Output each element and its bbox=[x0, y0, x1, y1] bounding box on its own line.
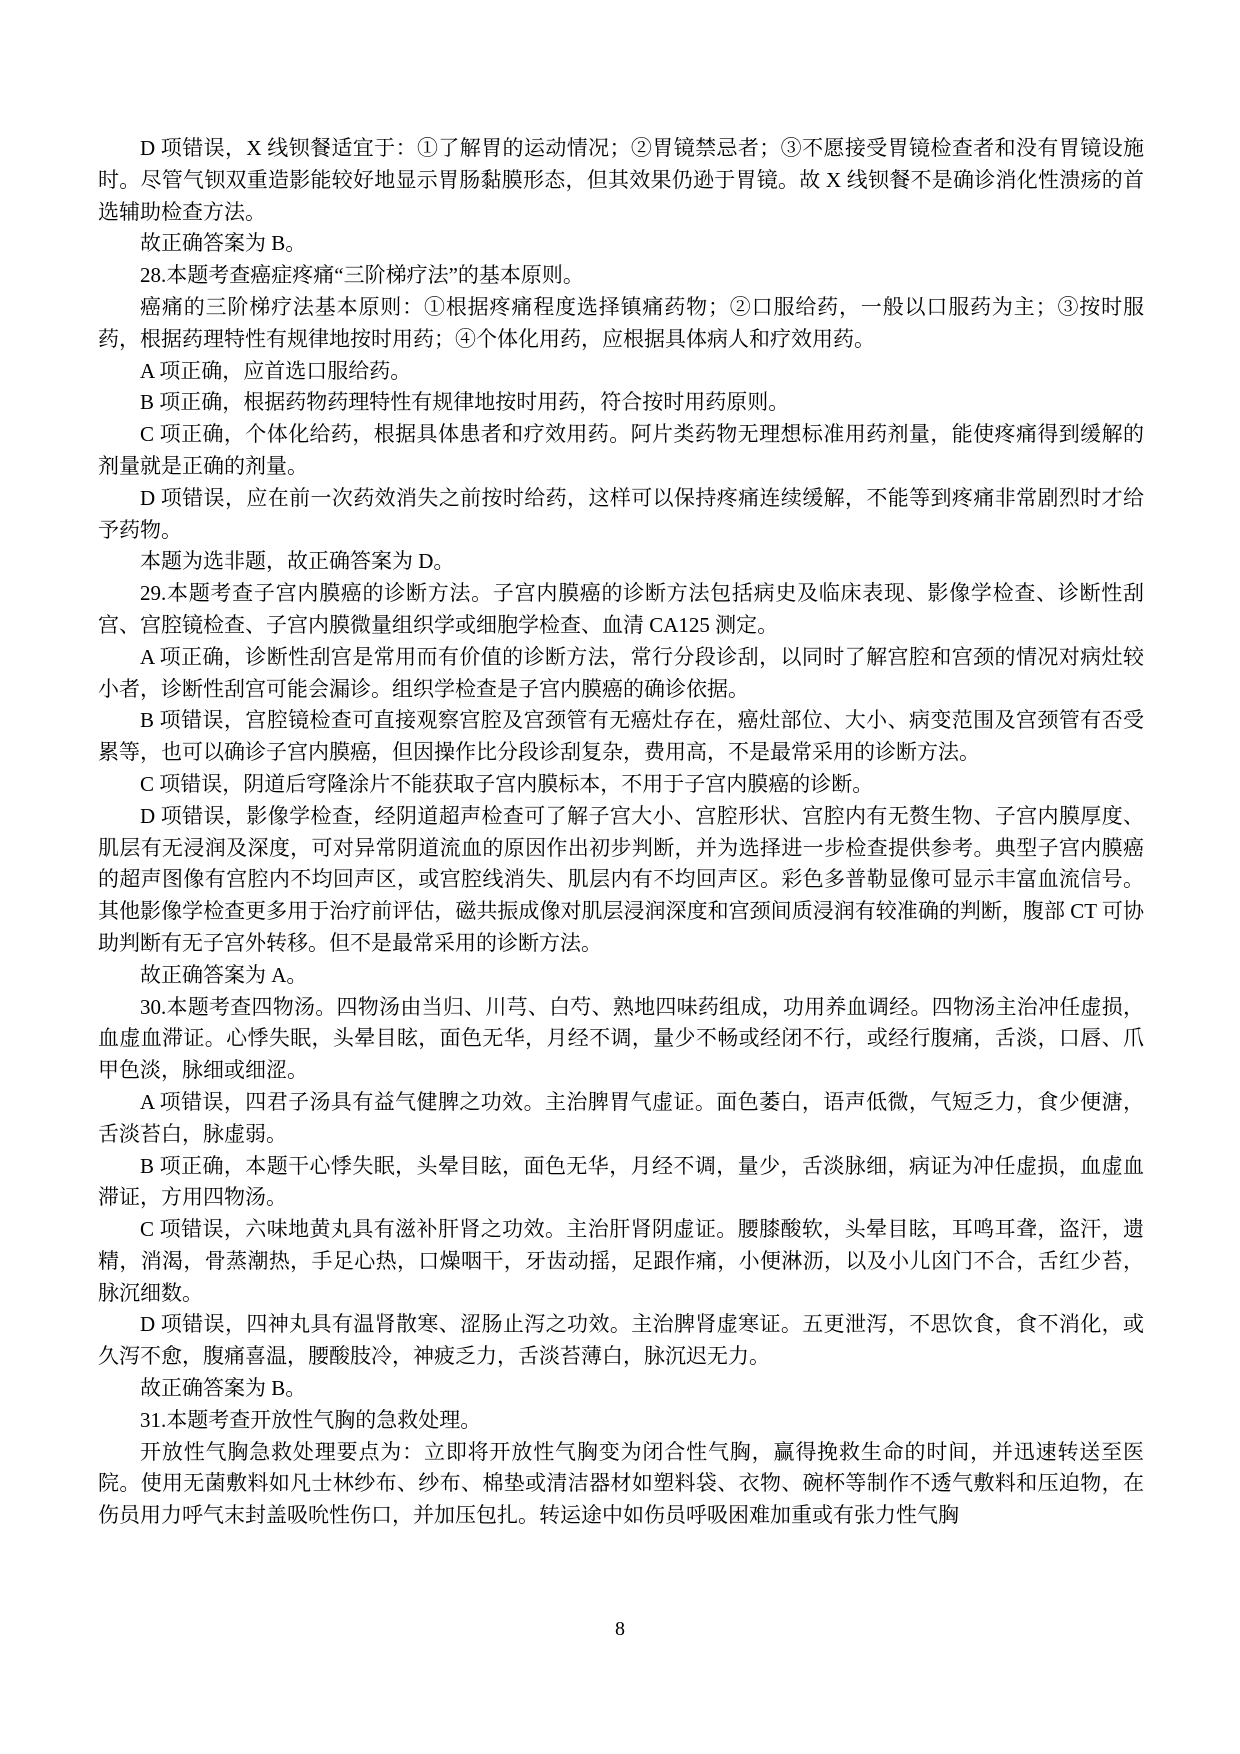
document-page: D 项错误，X 线钡餐适宜于：①了解胃的运动情况；②胃镜禁忌者；③不愿接受胃镜检… bbox=[0, 0, 1240, 1754]
paragraph-q28-principles: 癌痛的三阶梯疗法基本原则：①根据疼痛程度选择镇痛药物；②口服给药，一般以口服药为… bbox=[98, 292, 1144, 356]
paragraph-q30-option-b: B 项正确，本题干心悸失眠，头晕目眩，面色无华，月经不调，量少，舌淡脉细，病证为… bbox=[98, 1151, 1144, 1215]
paragraph-q29-option-a: A 项正确，诊断性刮宫是常用而有价值的诊断方法，常行分段诊刮，以同时了解宫腔和宫… bbox=[98, 642, 1144, 706]
paragraph-q30-title: 30.本题考查四物汤。四物汤由当归、川芎、白芍、熟地四味药组成，功用养血调经。四… bbox=[98, 992, 1144, 1087]
paragraph-q30-option-c: C 项错误，六味地黄丸具有滋补肝肾之功效。主治肝肾阴虚证。腰膝酸软，头晕目眩，耳… bbox=[98, 1214, 1144, 1309]
paragraph-q29-conclusion: 故正确答案为 A。 bbox=[98, 960, 1144, 992]
paragraph-q28-title: 28.本题考查癌症疼痛“三阶梯疗法”的基本原则。 bbox=[98, 260, 1144, 292]
paragraph-q30-conclusion: 故正确答案为 B。 bbox=[98, 1373, 1144, 1405]
paragraph-answer-d-explanation: D 项错误，X 线钡餐适宜于：①了解胃的运动情况；②胃镜禁忌者；③不愿接受胃镜检… bbox=[98, 133, 1144, 228]
paragraph-q28-option-a: A 项正确，应首选口服给药。 bbox=[98, 356, 1144, 388]
paragraph-q28-option-b: B 项正确，根据药物药理特性有规律地按时用药，符合按时用药原则。 bbox=[98, 387, 1144, 419]
paragraph-q28-conclusion: 本题为选非题，故正确答案为 D。 bbox=[98, 546, 1144, 578]
paragraph-q29-option-d: D 项错误，影像学检查，经阴道超声检查可了解子宫大小、宫腔形状、宫腔内有无赘生物… bbox=[98, 801, 1144, 960]
document-body: D 项错误，X 线钡餐适宜于：①了解胃的运动情况；②胃镜禁忌者；③不愿接受胃镜检… bbox=[98, 133, 1144, 1532]
paragraph-q31-explanation: 开放性气胸急救处理要点为：立即将开放性气胸变为闭合性气胸，赢得挽救生命的时间，并… bbox=[98, 1437, 1144, 1532]
paragraph-q30-option-a: A 项错误，四君子汤具有益气健脾之功效。主治脾胃气虚证。面色萎白，语声低微，气短… bbox=[98, 1087, 1144, 1151]
paragraph-q31-title: 31.本题考查开放性气胸的急救处理。 bbox=[98, 1405, 1144, 1437]
paragraph-q29-option-c: C 项错误，阴道后穹隆涂片不能获取子宫内膜标本，不用于子宫内膜癌的诊断。 bbox=[98, 769, 1144, 801]
paragraph-q29-title: 29.本题考查子宫内膜癌的诊断方法。子宫内膜癌的诊断方法包括病史及临床表现、影像… bbox=[98, 578, 1144, 642]
page-number: 8 bbox=[0, 1618, 1240, 1641]
paragraph-q28-option-d: D 项错误，应在前一次药效消失之前按时给药，这样可以保持疼痛连续缓解，不能等到疼… bbox=[98, 483, 1144, 547]
paragraph-q29-option-b: B 项错误，宫腔镜检查可直接观察宫腔及宫颈管有无癌灶存在，癌灶部位、大小、病变范… bbox=[98, 705, 1144, 769]
paragraph-answer-27-conclusion: 故正确答案为 B。 bbox=[98, 228, 1144, 260]
paragraph-q30-option-d: D 项错误，四神丸具有温肾散寒、涩肠止泻之功效。主治脾肾虚寒证。五更泄泻，不思饮… bbox=[98, 1309, 1144, 1373]
paragraph-q28-option-c: C 项正确，个体化给药，根据具体患者和疗效用药。阿片类药物无理想标准用药剂量，能… bbox=[98, 419, 1144, 483]
